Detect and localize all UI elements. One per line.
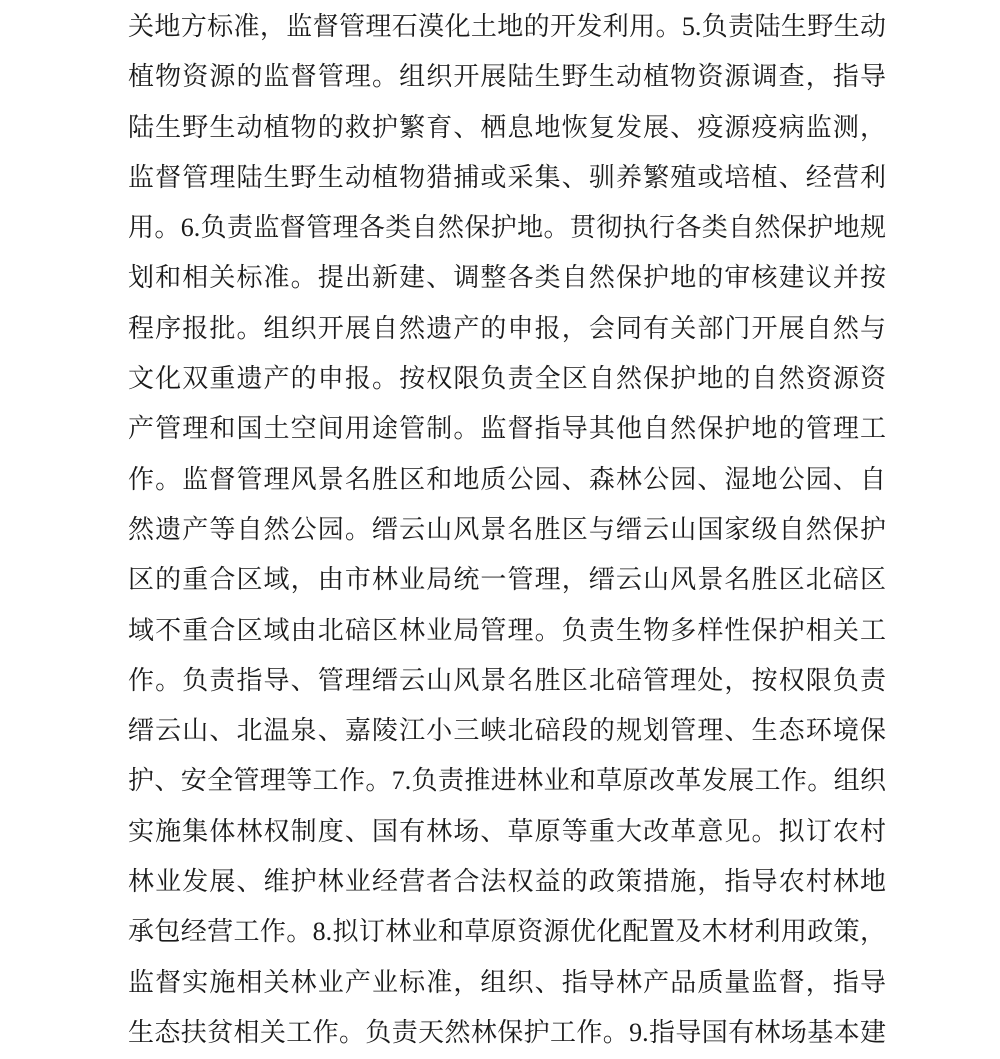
text-line-9: 产管理和国土空间用途管制。监督指导其他自然保护地的管理工 (128, 404, 886, 454)
document-page: 关地方标准，监督管理石漠化土地的开发利用。5.负责陆生野生动 植物资源的监督管理… (0, 0, 1000, 1059)
text-line-1: 关地方标准，监督管理石漠化土地的开发利用。5.负责陆生野生动 (128, 2, 886, 52)
text-line-19: 承包经营工作。8.拟订林业和草原资源优化配置及木材利用政策， (128, 907, 886, 957)
text-line-3: 陆生野生动植物的救护繁育、栖息地恢复发展、疫源疫病监测， (128, 103, 886, 153)
text-line-16: 护、安全管理等工作。7.负责推进林业和草原改革发展工作。组织 (128, 756, 886, 806)
text-line-12: 区的重合区域，由市林业局统一管理，缙云山风景名胜区北碚区 (128, 555, 886, 605)
text-line-18: 林业发展、维护林业经营者合法权益的政策措施，指导农村林地 (128, 857, 886, 907)
text-line-2: 植物资源的监督管理。组织开展陆生野生动植物资源调查，指导 (128, 52, 886, 102)
text-line-21: 生态扶贫相关工作。负责天然林保护工作。9.指导国有林场基本建 (128, 1008, 886, 1058)
text-line-10: 作。监督管理风景名胜区和地质公园、森林公园、湿地公园、自 (128, 455, 886, 505)
text-line-11: 然遗产等自然公园。缙云山风景名胜区与缙云山国家级自然保护 (128, 505, 886, 555)
text-line-8: 文化双重遗产的申报。按权限负责全区自然保护地的自然资源资 (128, 354, 886, 404)
text-line-7: 程序报批。组织开展自然遗产的申报，会同有关部门开展自然与 (128, 304, 886, 354)
text-line-6: 划和相关标准。提出新建、调整各类自然保护地的审核建议并按 (128, 253, 886, 303)
text-line-15: 缙云山、北温泉、嘉陵江小三峡北碚段的规划管理、生态环境保 (128, 706, 886, 756)
text-line-4: 监督管理陆生野生动植物猎捕或采集、驯养繁殖或培植、经营利 (128, 153, 886, 203)
document-text-block: 关地方标准，监督管理石漠化土地的开发利用。5.负责陆生野生动 植物资源的监督管理… (128, 2, 886, 1058)
text-line-20: 监督实施相关林业产业标准，组织、指导林产品质量监督，指导 (128, 958, 886, 1008)
text-line-17: 实施集体林权制度、国有林场、草原等重大改革意见。拟订农村 (128, 807, 886, 857)
text-line-14: 作。负责指导、管理缙云山风景名胜区北碚管理处，按权限负责 (128, 656, 886, 706)
text-line-13: 域不重合区域由北碚区林业局管理。负责生物多样性保护相关工 (128, 606, 886, 656)
text-line-5: 用。6.负责监督管理各类自然保护地。贯彻执行各类自然保护地规 (128, 203, 886, 253)
